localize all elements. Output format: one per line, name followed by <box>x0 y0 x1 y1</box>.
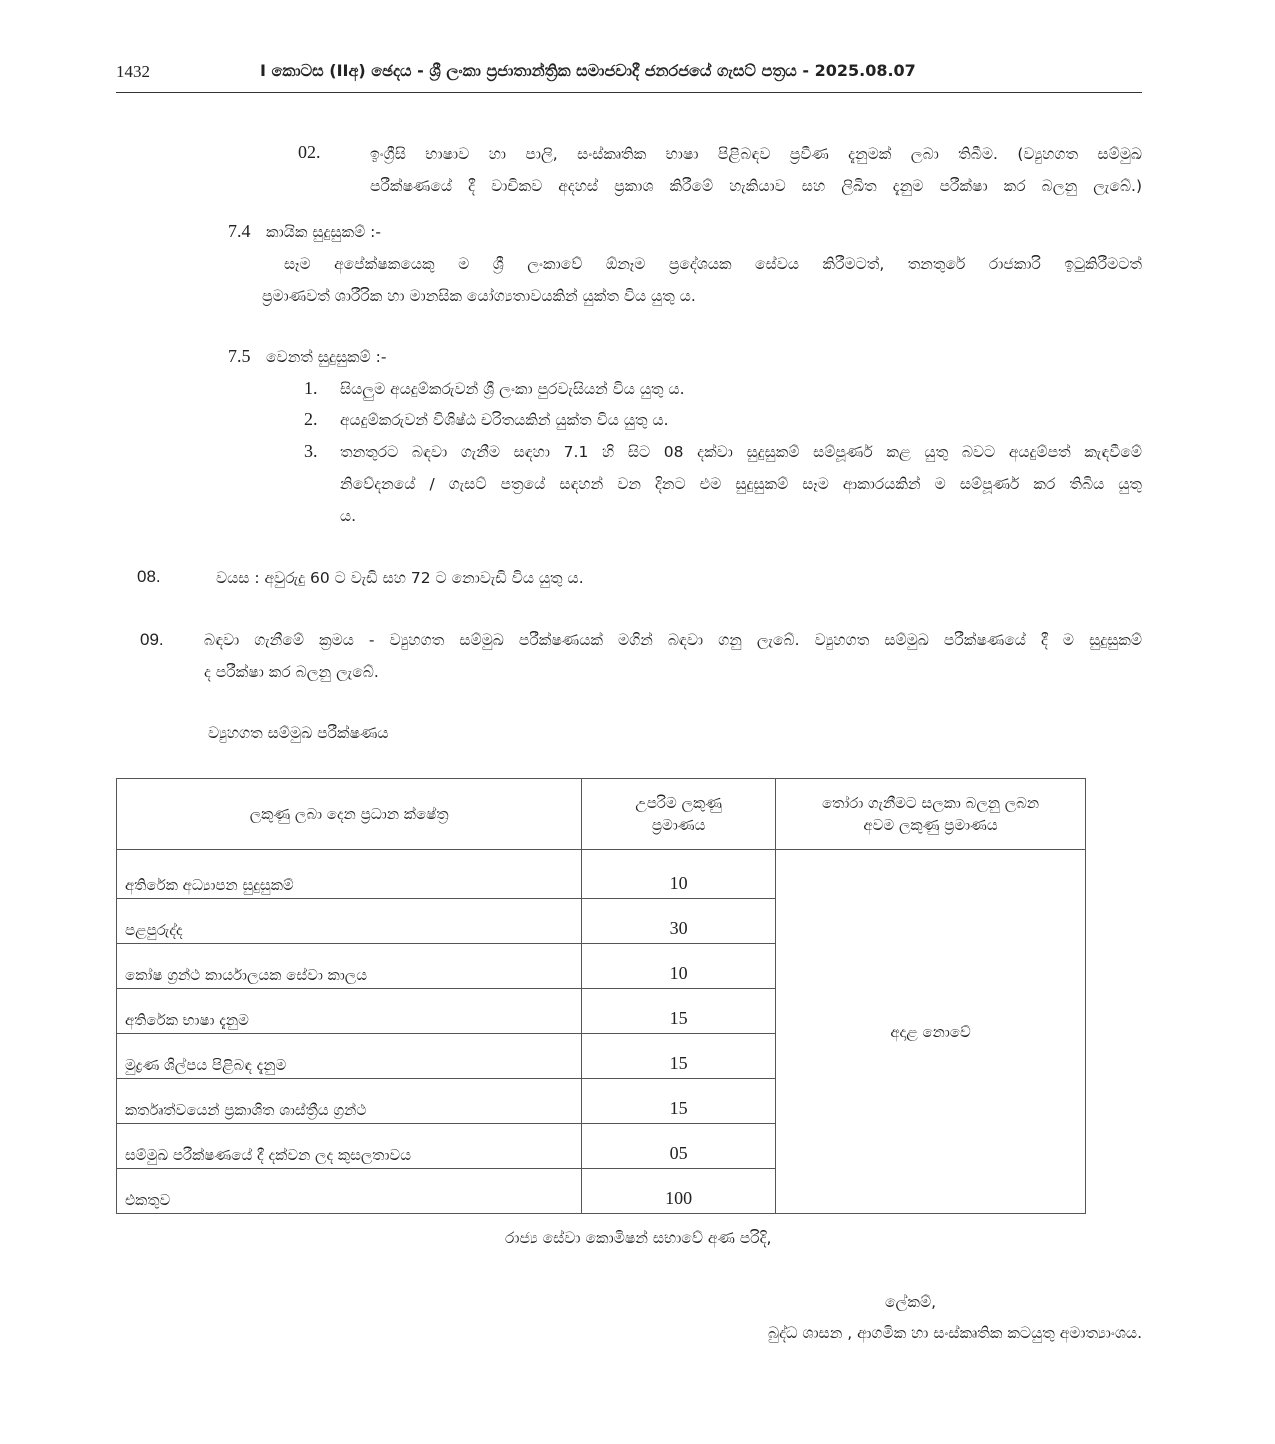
row-field: පළපුරුද්ද <box>117 899 582 944</box>
row-max-marks: 05 <box>582 1124 776 1169</box>
item-02-line-1: ඉංග්‍රීසි භාෂාව හා පාලි, සංස්කෘතික භාෂා … <box>370 138 1142 170</box>
row-field: කර්තෘත්වයෙන් ප්‍රකාශිත ශාස්ත්‍රීය ග්‍රන්… <box>117 1079 582 1124</box>
section-7-5-item-1-number: 1. <box>304 378 318 399</box>
row-field: කෝෂ ග්‍රන්ථ කාර්යාලයක සේවා කාලය <box>117 944 582 989</box>
page-number: 1432 <box>116 62 150 82</box>
row-field: සම්මුඛ පරීක්ෂණයේ දී දක්වන ලද කුසලතාවය <box>117 1124 582 1169</box>
header-main-fields: ලකුණු ලබා දෙන ප්‍රධාන ක්ෂේත්‍ර <box>117 779 582 850</box>
total-max-marks: 100 <box>582 1169 776 1214</box>
gazette-header-title: I කොටස (IIඅ) ඡෙදය - ශ්‍රී ලංකා ප්‍රජාතාන… <box>260 61 916 81</box>
ministry-name: බුද්ධ ශාසන , ආගමික හා සංස්කෘතික කටයුතු අ… <box>768 1317 1142 1349</box>
row-max-marks: 15 <box>582 1034 776 1079</box>
section-7-5-item-3-line-1: තනතුරට බඳවා ගැනීම සඳහා 7.1 හි සිට 08 දක්… <box>340 436 1142 468</box>
item-09-line-2: ද පරීක්ෂා කර බලනු ලැබේ. <box>204 656 379 688</box>
section-7-5-item-3-line-3: ය. <box>340 500 356 532</box>
header-divider <box>116 92 1142 93</box>
section-7-5-item-3-line-2: නිවේදනයේ / ගැසට් පත්‍රයේ සඳහන් වන දිනට එ… <box>340 468 1142 500</box>
row-field: අතිරේක අධ්‍යාපන සුදුසුකම් <box>117 850 582 899</box>
section-7-4-heading: කායික සුදුසුකම් :- <box>266 216 381 248</box>
marks-table: ලකුණු ලබා දෙන ප්‍රධාන ක්ෂේත්‍ර උපරිම ලකු… <box>116 778 1086 1214</box>
section-7-4-number: 7.4 <box>228 221 251 242</box>
signatory-title: ලේකම්, <box>885 1286 936 1318</box>
row-field: අතිරේක භාෂා දැනුම <box>117 989 582 1034</box>
header-min-marks-text: තෝරා ගැනීමට සලකා බලනු ලබන අවම ලකුණු ප්‍ර… <box>806 792 1056 836</box>
item-09-number: 09. <box>140 630 164 650</box>
total-label: එකතුව <box>117 1169 582 1214</box>
section-7-5-number: 7.5 <box>228 346 251 367</box>
table-row: අතිරේක අධ්‍යාපන සුදුසුකම් 10 අදාළ නොවේ <box>117 850 1086 899</box>
section-7-5-item-3-number: 3. <box>304 441 318 462</box>
section-7-5-heading: වෙනත් සුදුසුකම් :- <box>266 341 386 373</box>
header-min-marks: තෝරා ගැනීමට සලකා බලනු ලබන අවම ලකුණු ප්‍ර… <box>776 779 1086 850</box>
item-02-line-2: පරීක්ෂණයේ දී වාචිකව අදහස් ප්‍රකාශ කිරීමේ… <box>370 170 1142 202</box>
section-7-4-line-1: සෑම අපේක්ෂකයෙකු ම ශ්‍රී ලංකාවේ ඕනෑම ප්‍ර… <box>284 248 1142 280</box>
section-7-5-item-2-number: 2. <box>304 409 318 430</box>
row-max-marks: 10 <box>582 850 776 899</box>
table-header-row: ලකුණු ලබා දෙන ප්‍රධාන ක්ෂේත්‍ර උපරිම ලකු… <box>117 779 1086 850</box>
row-field: මුද්‍රණ ශිල්පය පිළිබඳ දැනුම <box>117 1034 582 1079</box>
row-max-marks: 10 <box>582 944 776 989</box>
by-order-line: රාජ්‍ය සේවා කොමිෂන් සභාවේ අණ පරිදි, <box>505 1222 771 1254</box>
section-7-5-item-2-text: අයදුම්කරුවන් විශිෂ්ඨ චරිතයකින් යුක්ත විය… <box>340 404 669 436</box>
row-max-marks: 30 <box>582 899 776 944</box>
header-max-marks: උපරිම ලකුණු ප්‍රමාණය <box>582 779 776 850</box>
item-09-line-1: බඳවා ගැනීමේ ක්‍රමය - ව්‍යුහගත සම්මුඛ පරී… <box>204 624 1142 656</box>
row-max-marks: 15 <box>582 1079 776 1124</box>
section-7-5-item-1-text: සියලුම අයදුම්කරුවන් ශ්‍රී ලංකා පුරවැසියන… <box>340 373 685 405</box>
item-02-number: 02. <box>298 142 321 163</box>
min-marks-cell: අදාළ නොවේ <box>776 850 1086 1214</box>
table-title: ව්‍යුහගත සම්මුඛ පරීක්ෂණය <box>208 717 389 749</box>
item-08-number: 08. <box>137 567 161 587</box>
section-7-4-line-2: ප්‍රමාණවත් ශාරීරික හා මානසික යෝග්‍යතාවයක… <box>262 280 696 312</box>
header-max-marks-text: උපරිම ලකුණු ප්‍රමාණය <box>619 792 739 836</box>
row-max-marks: 15 <box>582 989 776 1034</box>
item-08-text: වයස : අවුරුදු 60 ට වැඩි සහ 72 ට නොවැඩි ව… <box>216 562 584 594</box>
